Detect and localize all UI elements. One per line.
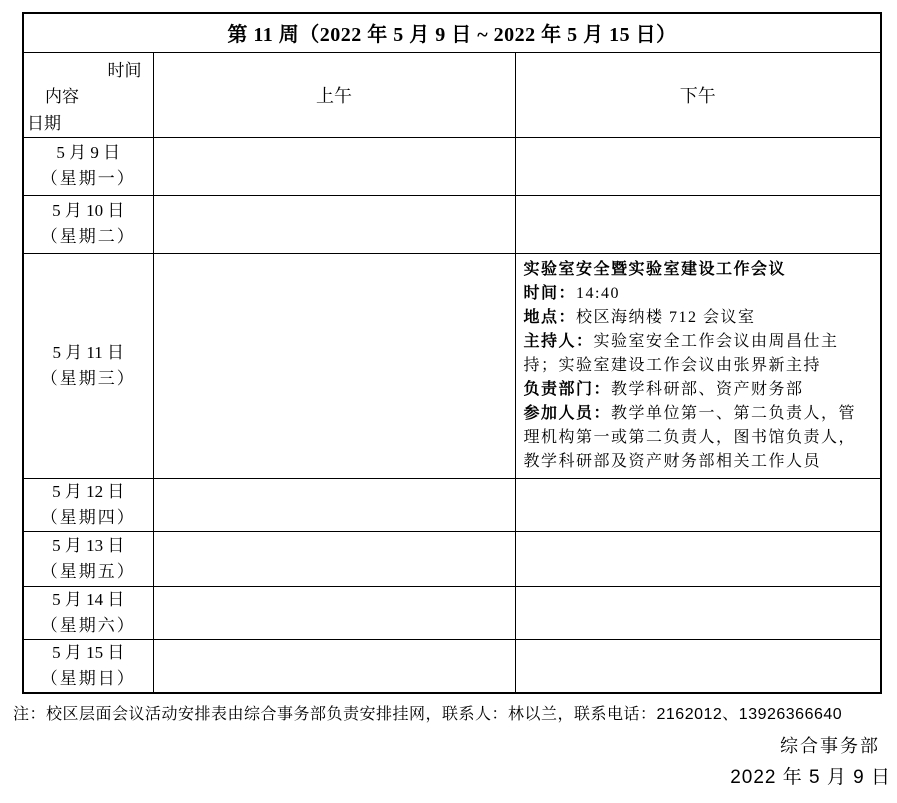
weekday-label: （星期日） [24,666,153,692]
morning-cell [153,531,515,586]
date-label: 5 月 9 日 [24,140,153,166]
weekday-label: （星期三） [24,366,153,392]
meeting-host: 主持人：实验室安全工作会议由周昌仕主持；实验室建设工作会议由张界新主持 [524,330,874,378]
meeting-location-value: 校区海纳楼 712 会议室 [576,309,756,326]
date-cell: 5 月 12 日 （星期四） [23,478,153,531]
meeting-cell: 实验室安全暨实验室建设工作会议 时间：14:40 地点：校区海纳楼 712 会议… [515,253,881,478]
footer-note: 注：校区层面会议活动安排表由综合事务部负责安排挂网，联系人：林以兰，联系电话：2… [13,701,842,724]
date-cell: 5 月 10 日 （星期二） [23,195,153,253]
table-row: 5 月 13 日 （星期五） [23,531,881,586]
morning-cell [153,586,515,639]
morning-cell [153,639,515,693]
meeting-host-label: 主持人： [524,333,594,350]
meeting-location-label: 地点： [524,309,577,326]
date-label: 5 月 10 日 [24,198,153,224]
date-cell: 5 月 9 日 （星期一） [23,137,153,195]
meeting-department: 负责部门：教学科研部、资产财务部 [524,378,874,402]
corner-content-label: 内容 [45,82,79,107]
title-row: 第 11 周（2022 年 5 月 9 日 ~ 2022 年 5 月 15 日） [23,13,881,52]
date-cell: 5 月 13 日 （星期五） [23,531,153,586]
meeting-department-label: 负责部门： [524,381,612,398]
table-row: 5 月 10 日 （星期二） [23,195,881,253]
morning-cell [153,478,515,531]
table-row: 5 月 9 日 （星期一） [23,137,881,195]
morning-cell [153,253,515,478]
meeting-participants-label: 参加人员： [524,405,612,422]
morning-header: 上午 [153,52,515,137]
table-row: 5 月 11 日 （星期三） 实验室安全暨实验室建设工作会议 时间：14:40 … [23,253,881,478]
week-title: 第 11 周（2022 年 5 月 9 日 ~ 2022 年 5 月 15 日） [23,13,881,52]
afternoon-cell [515,531,881,586]
weekday-label: （星期六） [24,613,153,639]
corner-date-label: 日期 [27,109,61,134]
meeting-participants: 参加人员：教学单位第一、第二负责人，管理机构第一或第二负责人，图书馆负责人，教学… [524,402,874,474]
table-row: 5 月 14 日 （星期六） [23,586,881,639]
meeting-time: 时间：14:40 [524,282,874,306]
weekday-label: （星期五） [24,559,153,585]
afternoon-cell [515,195,881,253]
date-cell: 5 月 11 日 （星期三） [23,253,153,478]
date-label: 5 月 15 日 [24,640,153,666]
meeting-time-value: 14:40 [576,285,620,302]
signature-department: 综合事务部 [780,732,880,758]
morning-cell [153,137,515,195]
weekday-label: （星期一） [24,166,153,192]
date-label: 5 月 13 日 [24,533,153,559]
meeting-department-value: 教学科研部、资产财务部 [611,381,804,398]
date-label: 5 月 14 日 [24,587,153,613]
afternoon-cell [515,639,881,693]
date-cell: 5 月 14 日 （星期六） [23,586,153,639]
weekday-label: （星期二） [24,224,153,250]
date-cell: 5 月 15 日 （星期日） [23,639,153,693]
schedule-table: 第 11 周（2022 年 5 月 9 日 ~ 2022 年 5 月 15 日）… [22,12,882,694]
afternoon-cell [515,586,881,639]
weekday-label: （星期四） [24,505,153,531]
afternoon-cell [515,478,881,531]
meeting-location: 地点：校区海纳楼 712 会议室 [524,306,874,330]
date-label: 5 月 12 日 [24,479,153,505]
signature-date: 2022 年 5 月 9 日 [730,762,891,789]
meeting-title: 实验室安全暨实验室建设工作会议 [524,258,874,282]
table-row: 5 月 15 日 （星期日） [23,639,881,693]
document-page: 第 11 周（2022 年 5 月 9 日 ~ 2022 年 5 月 15 日）… [0,0,897,803]
corner-time-label: 时间 [108,56,142,81]
morning-cell [153,195,515,253]
afternoon-cell [515,137,881,195]
meeting-time-label: 时间： [524,285,577,302]
date-label: 5 月 11 日 [24,340,153,366]
corner-cell: 时间 内容 日期 [23,52,153,137]
header-row: 时间 内容 日期 上午 下午 [23,52,881,137]
table-row: 5 月 12 日 （星期四） [23,478,881,531]
afternoon-header: 下午 [515,52,881,137]
